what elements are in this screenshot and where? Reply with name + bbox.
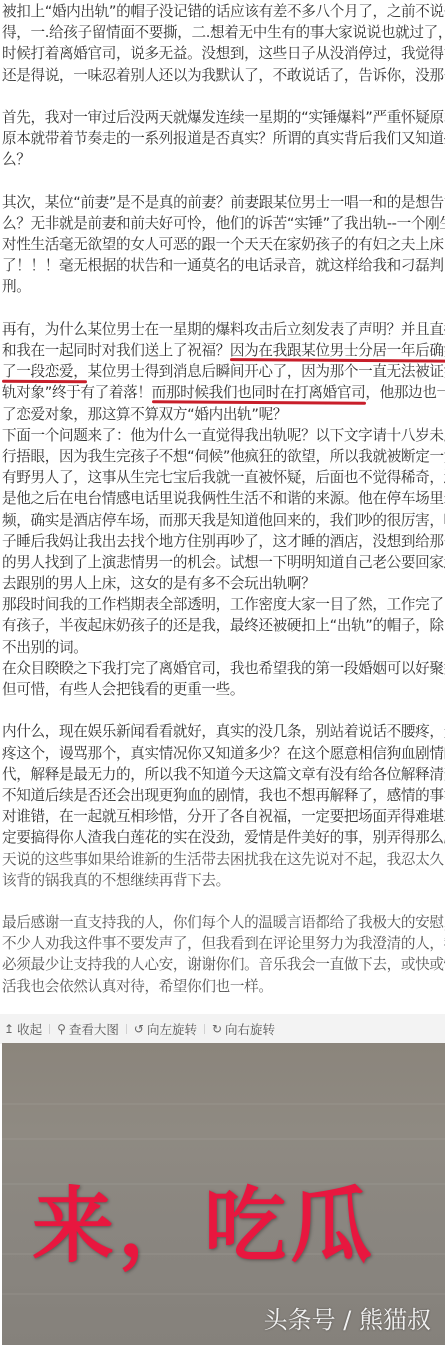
- text-line: 疼这个，谩骂那个，真实情况你又知道多少？在这个愿意相信狗血剧情的年: [2, 743, 445, 764]
- rotate-right-label: 向右旋转: [225, 1020, 275, 1038]
- text-line: 了恋爱对象，那这算不算双方“婚内出轨”呢？: [2, 404, 445, 425]
- texture-stripe: [2, 1293, 445, 1295]
- paragraph-gap: [2, 298, 445, 319]
- red-underlined-text: 了一段恋爱，: [2, 363, 87, 380]
- collapse-label: 收起: [17, 1020, 42, 1038]
- text-line: 不知道后续是否还会出现更狗血的剧情，我也不想再解释了，感情的事没有谁: [2, 785, 445, 806]
- paragraph-seventh: 内什么，现在娱乐新闻看看就好，真实的没几条，别站着说话不腰疼，天天心 疼这个，谩…: [2, 721, 445, 891]
- text-line: 频，确实是酒店停车场，而那天我是知道他回来的，我们吵的很厉害，哄完孩: [2, 510, 445, 531]
- text-line: 原本就带着节奏走的一系列报道是否真实？所谓的真实背后我们又知道些什: [2, 128, 445, 149]
- text-line: 代，解释是最无力的，所以我不知道今天这篇文章有没有给各位解释清楚，也: [2, 764, 445, 785]
- texture-stripe: [2, 1103, 445, 1105]
- text-line: 不少人劝我这件事不要发声了，但我看到在评论里努力为我澄清的人，我想我: [2, 933, 445, 954]
- text-line: 有野男人了，这事从生完七宝后我就一直被怀疑，后面也不觉得稀奇，这也就: [2, 467, 445, 488]
- view-large-label: 查看大图: [69, 1020, 119, 1038]
- paragraph-gap: [2, 891, 445, 912]
- paragraph-intro: 被扣上“婚内出轨”的帽子没记错的话应该有差不多八个月了，之前不说任何是觉 得，一…: [2, 1, 445, 86]
- article-body: 被扣上“婚内出轨”的帽子没记错的话应该有差不多八个月了，之前不说任何是觉 得，一…: [2, 1, 445, 1082]
- text-line: 天说的这些事如果给谁新的生活带去困扰我在这先说对不起，我忍太久了，不: [2, 849, 445, 870]
- text-line: 定要搞得你人渣我白莲花的实在没劲，爱情是件美好的事，别弄得那么脏。今: [2, 827, 445, 848]
- text-line: 再有，为什么某位男士在一星期的爆料攻击后立刻发表了声明？并且直指刁磊: [2, 319, 445, 340]
- text-line: 子睡后我妈让我出去找个地方住别再吵了，这才睡的酒店，没想到给那个多疑: [2, 531, 445, 552]
- text-line: 刑。: [2, 276, 445, 297]
- magnifier-icon: ⚲: [57, 1022, 66, 1036]
- rotate-left-button[interactable]: ↺ 向左旋转: [130, 1020, 201, 1038]
- image-caption: 来，吃瓜: [32, 1161, 376, 1278]
- text-line: 不出别的词。: [2, 637, 445, 658]
- text-line: 么？: [2, 149, 445, 170]
- text-line: 下面一个问题来了：他为什么一直觉得我出轨呢？以下文字请十八岁未成年自: [2, 425, 445, 446]
- text-line: 了！！！毫无根据的状告和一通莫名的电话录音，就这样给我和刁磊判了死: [2, 255, 445, 276]
- text-line: 得，一.给孩子留情面不要撕，二.想着无中生有的事大家说说也就过了，三.那: [2, 22, 445, 43]
- text-line: 最后感谢一直支持我的人，你们每个人的温暖言语都给了我极大的安慰，身边: [2, 912, 445, 933]
- arrow-up-icon: ↥: [4, 1022, 14, 1036]
- paragraph-gap: [2, 171, 445, 192]
- rotate-left-icon: ↺: [134, 1022, 144, 1036]
- red-underlined-text: 而那时候我们也同时在打离婚官司: [152, 384, 366, 401]
- view-large-button[interactable]: ⚲ 查看大图: [53, 1020, 123, 1038]
- collapse-button[interactable]: ↥ 收起: [0, 1020, 46, 1038]
- text-line: 对谁错，在一起就互相珍惜，分开了各自祝福，一定要把场面弄得难堪或者一: [2, 806, 445, 827]
- paragraph-first: 首先，我对一审过后没两天就爆发连续一星期的“实锤爆料”严重怀疑原本动机， 原本就…: [2, 107, 445, 171]
- text-segment: 和我在一起同时对我们送上了祝福？: [2, 342, 230, 359]
- text-line: 在众目睽睽之下我打完了离婚官司，我也希望我的第一段婚姻可以好聚好散，: [2, 658, 445, 679]
- text-line: 活我也会依然认真对待，希望你们也一样。: [2, 976, 445, 997]
- paragraph-fourth: 下面一个问题来了：他为什么一直觉得我出轨呢？以下文字请十八岁未成年自 行捂眼，因…: [2, 425, 445, 595]
- text-line: 被扣上“婚内出轨”的帽子没记错的话应该有差不多八个月了，之前不说任何是觉: [2, 1, 445, 22]
- paragraph-sixth: 在众目睽睽之下我打完了离婚官司，我也希望我的第一段婚姻可以好聚好散， 但可惜，有…: [2, 658, 445, 700]
- text-line: 对性生活毫无欲望的女人可恶的跟一个天天在家奶孩子的有妇之夫上床: [2, 234, 445, 255]
- toolbar-divider: [204, 1024, 205, 1034]
- text-line: 还是得说，一味忍着别人还以为我默认了，不敢说话了，告诉你，没那个！: [2, 65, 445, 86]
- text-segment: 轨对象”终于有了着落！: [2, 384, 152, 401]
- rotate-right-icon: ↻: [212, 1022, 222, 1036]
- rotate-left-label: 向左旋转: [147, 1020, 197, 1038]
- text-line: 内什么，现在娱乐新闻看看就好，真实的没几条，别站着说话不腰疼，天天心: [2, 721, 445, 742]
- paragraph-gap: [2, 86, 445, 107]
- text-line: 的男人找到了上演悲情男一的机会。试想一下明明知道自己老公要回家还跑出: [2, 552, 445, 573]
- rotate-right-button[interactable]: ↻ 向右旋转: [208, 1020, 279, 1038]
- text-line: 其次，某位“前妻”是不是真的前妻？前妻跟某位男士一唱一和的是想告诉大家什: [2, 192, 445, 213]
- red-underlined-text: 因为在我跟某位男士分居一年后确实接受: [230, 342, 445, 359]
- text-line: 么？无非就是前妻和前夫好可怜，他们的诉苦“实锤”了我出轨--一个刚生完孩子: [2, 213, 445, 234]
- toolbar-divider: [49, 1024, 50, 1034]
- text-line: 轨对象”终于有了着落！而那时候我们也同时在打离婚官司，他那边也一样找到: [2, 382, 445, 403]
- text-segment: ，他那边也一样找到: [365, 384, 445, 401]
- image-watermark: 头条号 / 熊猫叔: [264, 1300, 431, 1335]
- paragraph-fifth: 那段时间我的工作档期表全部透明，工作密度大家一目了然，工作完了回家只 有孩子，半…: [2, 594, 445, 658]
- text-line: 那段时间我的工作档期表全部透明，工作密度大家一目了然，工作完了回家只: [2, 594, 445, 615]
- image-toolbar: ↥ 收起 ⚲ 查看大图 ↺ 向左旋转 ↻ 向右旋转: [0, 1014, 445, 1044]
- text-line: 首先，我对一审过后没两天就爆发连续一星期的“实锤爆料”严重怀疑原本动机，: [2, 107, 445, 128]
- text-segment: 了恋爱对象，那这算不算双方“婚内出轨”呢？: [2, 406, 287, 423]
- text-line: 去跟别的男人上床，这女的是有多不会玩出轨啊？: [2, 573, 445, 594]
- article-image[interactable]: 来，吃瓜 头条号 / 熊猫叔: [2, 1043, 445, 1345]
- text-line: 是他之后在电台情感电话里说我俩性生活不和谐的来源。他在停车场里录的视: [2, 488, 445, 509]
- toolbar-divider: [126, 1024, 127, 1034]
- text-line: 时候打着离婚官司，说多无益。没想到，这些日子从没消停过，我觉得该说的: [2, 43, 445, 64]
- text-line: 该背的锅我真的不想继续再背下去。: [2, 870, 445, 891]
- paragraph-gap: [2, 700, 445, 721]
- texture-stripe: [2, 1138, 445, 1140]
- text-line: 和我在一起同时对我们送上了祝福？因为在我跟某位男士分居一年后确实接受: [2, 340, 445, 361]
- text-line: 行捂眼，因为我生完孩子不想“伺候”他疯狂的欲望，所以我就被断定一定在外面: [2, 446, 445, 467]
- text-line: 必须最少让支持我的人心安，谢谢你们。音乐我会一直做下去，或快或慢，生: [2, 954, 445, 975]
- text-line: 有孩子，半夜起床奶孩子的还是我，最终还被硬扣上“出轨”的帽子，除了寒心想: [2, 615, 445, 636]
- paragraph-third: 再有，为什么某位男士在一星期的爆料攻击后立刻发表了声明？并且直指刁磊 和我在一起…: [2, 319, 445, 425]
- text-segment: 再有，为什么某位男士在一星期的爆料攻击后立刻发表了声明？并且直指刁磊: [2, 321, 445, 338]
- text-line: 但可惜，有些人会把钱看的更重一些。: [2, 679, 445, 700]
- paragraph-thanks: 最后感谢一直支持我的人，你们每个人的温暖言语都给了我极大的安慰，身边 不少人劝我…: [2, 912, 445, 997]
- text-line: 了一段恋爱，某位男士得到消息后瞬间开心了，因为那个一直无法被证实的“出: [2, 361, 445, 382]
- paragraph-second: 其次，某位“前妻”是不是真的前妻？前妻跟某位男士一唱一和的是想告诉大家什 么？无…: [2, 192, 445, 298]
- text-segment: 某位男士得到消息后瞬间开心了，因为那个一直无法被证实的“出: [87, 363, 445, 380]
